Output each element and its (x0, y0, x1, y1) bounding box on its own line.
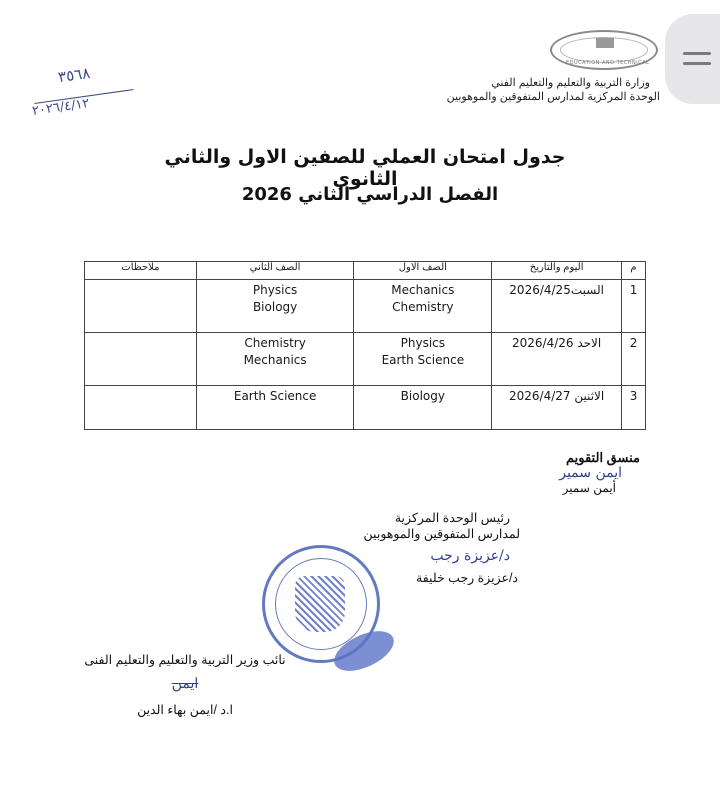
table-header-row: م اليوم والتاريخ الصف الاول الصف الثاني … (85, 262, 646, 280)
row-day-date: الاحد 2026/4/26 (492, 333, 622, 386)
row-num: 3 (622, 386, 646, 430)
row-day: السبت (571, 283, 604, 297)
row-grade1: MechanicsChemistry (354, 280, 492, 333)
unit-head-title-line2: لمدارس المتفوقين والموهوبين (300, 526, 520, 542)
table-row: 1 السبت2026/4/25 MechanicsChemistry Phys… (85, 280, 646, 333)
row-num: 1 (622, 280, 646, 333)
exam-schedule-table: م اليوم والتاريخ الصف الاول الصف الثاني … (84, 261, 646, 430)
row-grade1: PhysicsEarth Science (354, 333, 492, 386)
ministry-line-2: الوحدة المركزية لمدارس المتفوقين والموهو… (352, 90, 660, 104)
grade1-subject: Physics (354, 335, 491, 352)
header-grade1: الصف الاول (354, 262, 492, 280)
row-day-date: الاثنين 2026/4/27 (492, 386, 622, 430)
row-day-date: السبت2026/4/25 (492, 280, 622, 333)
grade2-subject: Earth Science (197, 388, 354, 405)
unit-head-name: د/عزيزة رجب خليفة (300, 570, 518, 586)
ministry-line-1: وزارة التربية والتعليم والتعليم الفني (352, 76, 652, 90)
deputy-minister-title: نائب وزير التربية والتعليم والتعليم الفن… (60, 652, 310, 668)
row-num: 2 (622, 333, 646, 386)
grade2-subject: Biology (197, 299, 354, 316)
ministry-header: وزارة التربية والتعليم والتعليم الفني ال… (352, 76, 652, 104)
coordinator-signature: ايمن سمير (480, 466, 622, 480)
row-day: الاحد (577, 336, 601, 350)
header-notes: ملاحظات (85, 262, 197, 280)
row-notes (85, 386, 197, 430)
handwritten-date: ٢٠٢٦/٤/١٢ (31, 96, 90, 119)
grade1-subject: Earth Science (354, 352, 491, 369)
row-grade2: ChemistryMechanics (196, 333, 354, 386)
grade1-subject: Mechanics (354, 282, 491, 299)
grade1-subject: Biology (354, 388, 491, 405)
row-date: 2026/4/25 (509, 283, 571, 297)
logo-caption: EDUCATION AND TECHNICAL (566, 60, 649, 66)
menu-icon-bar-bottom (683, 62, 711, 65)
deputy-minister-signature-block: نائب وزير التربية والتعليم والتعليم الفن… (60, 652, 310, 718)
deputy-minister-signature: ايمن (60, 676, 310, 692)
menu-button[interactable] (665, 14, 720, 104)
handwritten-reference-number: ٣٥٦٨ (57, 64, 91, 86)
grade2-subject: Chemistry (197, 335, 354, 352)
ministry-logo: EDUCATION AND TECHNICAL (550, 30, 658, 70)
table-row: 3 الاثنين 2026/4/27 Biology Earth Scienc… (85, 386, 646, 430)
row-grade1: Biology (354, 386, 492, 430)
coordinator-name: أيمن سمير (480, 480, 616, 496)
menu-icon-bar-top (683, 52, 711, 55)
grade1-subject: Chemistry (354, 299, 491, 316)
table-row: 2 الاحد 2026/4/26 PhysicsEarth Science C… (85, 333, 646, 386)
coordinator-title: منسق التقويم (480, 450, 640, 466)
row-grade2: Earth Science (196, 386, 354, 430)
row-date: 2026/4/26 (512, 336, 574, 350)
row-day: الاثنين (574, 389, 604, 403)
unit-head-signature: د/عزيزة رجب (300, 548, 510, 564)
row-notes (85, 280, 197, 333)
header-num: م (622, 262, 646, 280)
document-subtitle: الفصل الدراسي الثاني 2026 (230, 184, 510, 205)
coordinator-signature-block: منسق التقويم ايمن سمير أيمن سمير (480, 450, 640, 496)
row-date: 2026/4/27 (509, 389, 571, 403)
deputy-minister-name: ا.د /ايمن بهاء الدين (60, 702, 310, 718)
row-notes (85, 333, 197, 386)
row-grade2: PhysicsBiology (196, 280, 354, 333)
unit-head-signature-block: رئيس الوحدة المركزية لمدارس المتفوقين وا… (300, 510, 520, 586)
grade2-subject: Physics (197, 282, 354, 299)
logo-emblem-icon (596, 38, 614, 48)
grade2-subject: Mechanics (197, 352, 354, 369)
header-day-date: اليوم والتاريخ (492, 262, 622, 280)
header-grade2: الصف الثاني (196, 262, 354, 280)
unit-head-title-line1: رئيس الوحدة المركزية (300, 510, 510, 526)
